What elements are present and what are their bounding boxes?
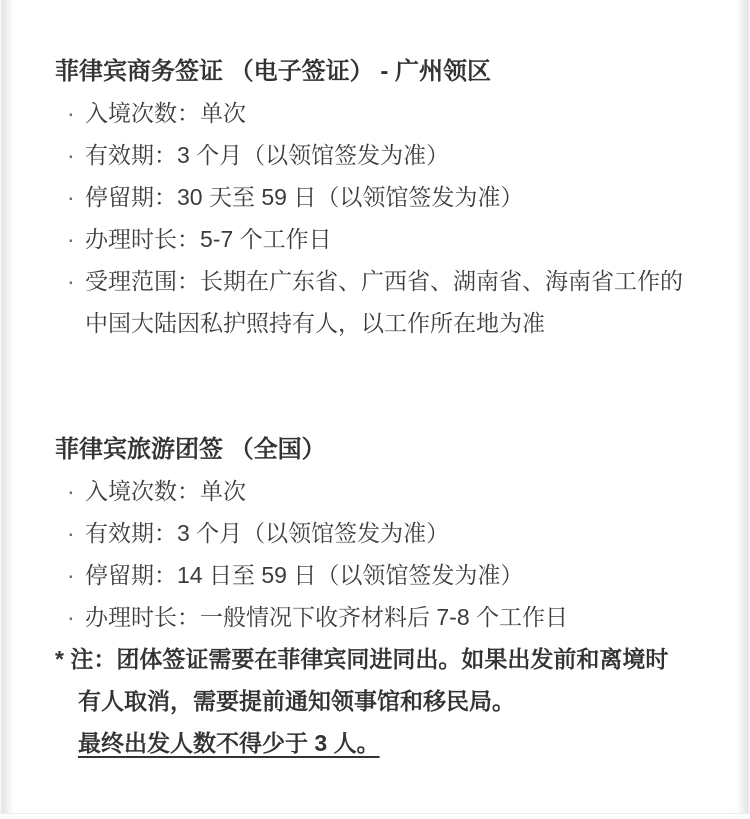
bullet-dot: · (67, 596, 75, 638)
bullet-dot: · (67, 134, 75, 176)
visa-section-tour-group: 菲律宾旅游团签 （全国） · 入境次数：单次 · 有效期：3 个月（以领馆签发为… (55, 436, 712, 764)
item-text: 入境次数：单次 (85, 92, 712, 134)
item-text-continued: 中国大陆因私护照持有人，以工作所在地为准 (85, 302, 712, 344)
visa-section-business: 菲律宾商务签证 （电子签证） - 广州领区 · 入境次数：单次 · 有效期：3 … (55, 58, 712, 344)
item-text: 办理时长：一般情况下收齐材料后 7-8 个工作日 (85, 596, 712, 638)
list-item-processing-time: · 办理时长：一般情况下收齐材料后 7-8 个工作日 (55, 596, 712, 638)
section-title-business: 菲律宾商务签证 （电子签证） - 广州领区 (55, 58, 712, 86)
item-text: 有效期：3 个月（以领馆签发为准） (85, 134, 712, 176)
bullet-dot: · (67, 470, 75, 512)
list-item-entries: · 入境次数：单次 (55, 92, 712, 134)
item-text: 停留期：14 日至 59 日（以领馆签发为准） (85, 554, 712, 596)
bullet-dot: · (67, 554, 75, 596)
note-line: * 注：团体签证需要在菲律宾同进同出。如果出发前和离境时 (78, 638, 712, 680)
item-text: 入境次数：单次 (85, 470, 712, 512)
visa-info-list: · 入境次数：单次 · 有效期：3 个月（以领馆签发为准） · 停留期：30 天… (55, 92, 712, 344)
note-underlined-line: 最终出发人数不得少于 3 人。 (78, 722, 712, 764)
group-visa-note: * 注：团体签证需要在菲律宾同进同出。如果出发前和离境时 有人取消，需要提前通知… (55, 638, 712, 764)
bullet-dot: · (67, 92, 75, 134)
item-text: 停留期：30 天至 59 日（以领馆签发为准） (85, 176, 712, 218)
bullet-dot: · (67, 218, 75, 260)
note-line: 有人取消，需要提前通知领事馆和移民局。 (78, 680, 712, 722)
bullet-dot: · (67, 260, 75, 302)
item-text: 有效期：3 个月（以领馆签发为准） (85, 512, 712, 554)
bottom-divider (0, 813, 750, 814)
item-text: 办理时长：5-7 个工作日 (85, 218, 712, 260)
list-item-validity: · 有效期：3 个月（以领馆签发为准） (55, 134, 712, 176)
list-item-processing-time: · 办理时长：5-7 个工作日 (55, 218, 712, 260)
visa-document: 菲律宾商务签证 （电子签证） - 广州领区 · 入境次数：单次 · 有效期：3 … (0, 0, 750, 764)
bullet-dot: · (67, 176, 75, 218)
list-item-stay-duration: · 停留期：14 日至 59 日（以领馆签发为准） (55, 554, 712, 596)
page: 菲律宾商务签证 （电子签证） - 广州领区 · 入境次数：单次 · 有效期：3 … (0, 0, 750, 819)
bullet-dot: · (67, 512, 75, 554)
list-item-entries: · 入境次数：单次 (55, 470, 712, 512)
list-item-validity: · 有效期：3 个月（以领馆签发为准） (55, 512, 712, 554)
visa-info-list: · 入境次数：单次 · 有效期：3 个月（以领馆签发为准） · 停留期：14 日… (55, 470, 712, 638)
list-item-eligibility: · 受理范围：长期在广东省、广西省、湖南省、海南省工作的 中国大陆因私护照持有人… (55, 260, 712, 344)
list-item-stay-duration: · 停留期：30 天至 59 日（以领馆签发为准） (55, 176, 712, 218)
section-title-tour-group: 菲律宾旅游团签 （全国） (55, 436, 712, 464)
item-text: 受理范围：长期在广东省、广西省、湖南省、海南省工作的 (85, 260, 712, 302)
